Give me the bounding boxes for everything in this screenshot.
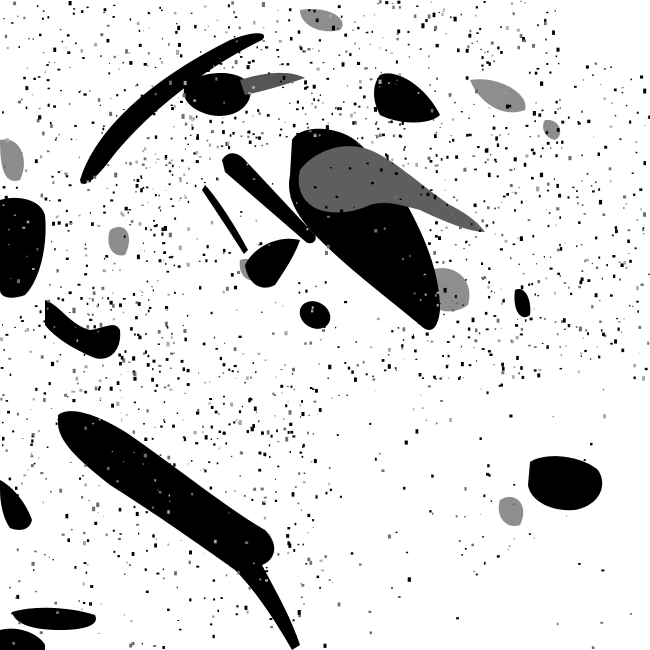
abstract-ink-image (0, 0, 650, 650)
